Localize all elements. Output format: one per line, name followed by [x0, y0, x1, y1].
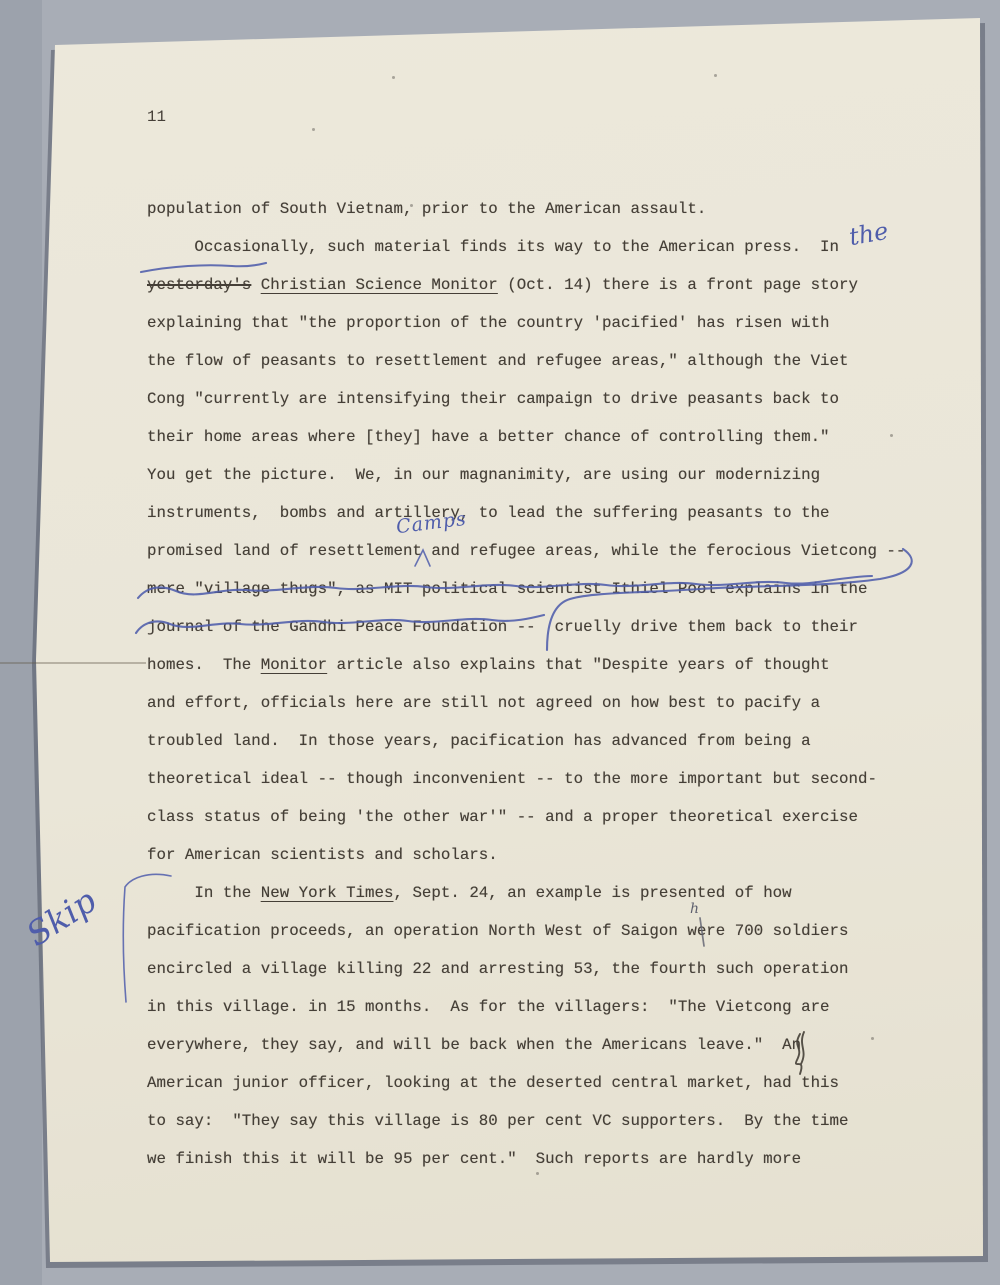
text-segment: to say: "They say this village is 80 per… — [147, 1112, 849, 1130]
text-segment: population of South Vietnam, prior to th… — [147, 200, 706, 218]
typed-line: promised land of resettlement and refuge… — [147, 532, 905, 570]
text-segment: everywhere, they say, and will be back w… — [147, 1036, 801, 1054]
text-segment: we finish this it will be 95 per cent." … — [147, 1150, 801, 1168]
text-segment: mere "village thugs", as MIT political s… — [147, 580, 867, 598]
text-segment: their home areas where [they] have a bet… — [147, 428, 830, 446]
typed-line: You get the picture. We, in our magnanim… — [147, 456, 905, 494]
typed-line: journal of the Gandhi Peace Foundation -… — [147, 608, 905, 646]
handwritten-h-insertion: h — [690, 901, 699, 917]
scanned-page-background: 11 population of South Vietnam, prior to… — [0, 0, 1000, 1285]
text-segment — [251, 276, 260, 294]
typed-line: and effort, officials here are still not… — [147, 684, 905, 722]
text-segment: journal of the Gandhi Peace Foundation -… — [147, 618, 858, 636]
text-segment: Occasionally, such material finds its wa… — [147, 238, 839, 256]
text-segment: instruments, bombs and artillery, to lea… — [147, 504, 830, 522]
text-segment: pacification proceeds, an operation Nort… — [147, 922, 849, 940]
text-segment: , Sept. 24, an example is presented of h… — [393, 884, 791, 902]
paper-speck — [714, 74, 717, 77]
text-segment: (Oct. 14) there is a front page story — [498, 276, 858, 294]
text-segment: In the — [147, 884, 261, 902]
text-segment: American junior officer, looking at the … — [147, 1074, 839, 1092]
typed-line: their home areas where [they] have a bet… — [147, 418, 905, 456]
typed-line: In the New York Times, Sept. 24, an exam… — [147, 874, 905, 912]
typed-line: yesterday's Christian Science Monitor (O… — [147, 266, 905, 304]
typed-line: population of South Vietnam, prior to th… — [147, 190, 905, 228]
typed-line: encircled a village killing 22 and arres… — [147, 950, 905, 988]
typed-line: for American scientists and scholars. — [147, 836, 905, 874]
typed-line: class status of being 'the other war'" -… — [147, 798, 905, 836]
typed-line: in this village. in 15 months. As for th… — [147, 988, 905, 1026]
typed-line: Occasionally, such material finds its wa… — [147, 228, 905, 266]
text-segment: promised land of resettlement and refuge… — [147, 542, 905, 560]
text-segment: theoretical ideal -- though inconvenient… — [147, 770, 877, 788]
crease-line — [0, 662, 146, 664]
page-number: 11 — [147, 108, 166, 126]
paper-speck — [392, 76, 395, 79]
text-segment: New York Times — [261, 884, 394, 902]
typed-line: the flow of peasants to resettlement and… — [147, 342, 905, 380]
text-segment: the flow of peasants to resettlement and… — [147, 352, 849, 370]
text-segment: encircled a village killing 22 and arres… — [147, 960, 849, 978]
typed-line: to say: "They say this village is 80 per… — [147, 1102, 905, 1140]
typed-line: pacification proceeds, an operation Nort… — [147, 912, 905, 950]
text-segment: Cong "currently are intensifying their c… — [147, 390, 839, 408]
typed-line: Cong "currently are intensifying their c… — [147, 380, 905, 418]
text-segment: yesterday's — [147, 276, 251, 294]
text-segment: class status of being 'the other war'" -… — [147, 808, 858, 826]
typed-text-layer: population of South Vietnam, prior to th… — [147, 190, 905, 1178]
typed-lines: population of South Vietnam, prior to th… — [147, 190, 905, 1178]
text-segment: troubled land. In those years, pacificat… — [147, 732, 811, 750]
typed-line: homes. The Monitor article also explains… — [147, 646, 905, 684]
text-segment: homes. The — [147, 656, 261, 674]
text-segment: in this village. in 15 months. As for th… — [147, 998, 830, 1016]
text-segment: for American scientists and scholars. — [147, 846, 498, 864]
text-segment: and effort, officials here are still not… — [147, 694, 820, 712]
typed-line: theoretical ideal -- though inconvenient… — [147, 760, 905, 798]
typed-line: instruments, bombs and artillery, to lea… — [147, 494, 905, 532]
typed-line: American junior officer, looking at the … — [147, 1064, 905, 1102]
typed-line: troubled land. In those years, pacificat… — [147, 722, 905, 760]
text-segment: article also explains that "Despite year… — [327, 656, 829, 674]
text-segment: Monitor — [261, 656, 327, 674]
typed-line: everywhere, they say, and will be back w… — [147, 1026, 905, 1064]
typed-line: mere "village thugs", as MIT political s… — [147, 570, 905, 608]
paper-speck — [312, 128, 315, 131]
text-segment: explaining that "the proportion of the c… — [147, 314, 830, 332]
typed-line: explaining that "the proportion of the c… — [147, 304, 905, 342]
text-segment: Christian Science Monitor — [261, 276, 498, 294]
text-segment: You get the picture. We, in our magnanim… — [147, 466, 820, 484]
typed-line: we finish this it will be 95 per cent." … — [147, 1140, 905, 1178]
